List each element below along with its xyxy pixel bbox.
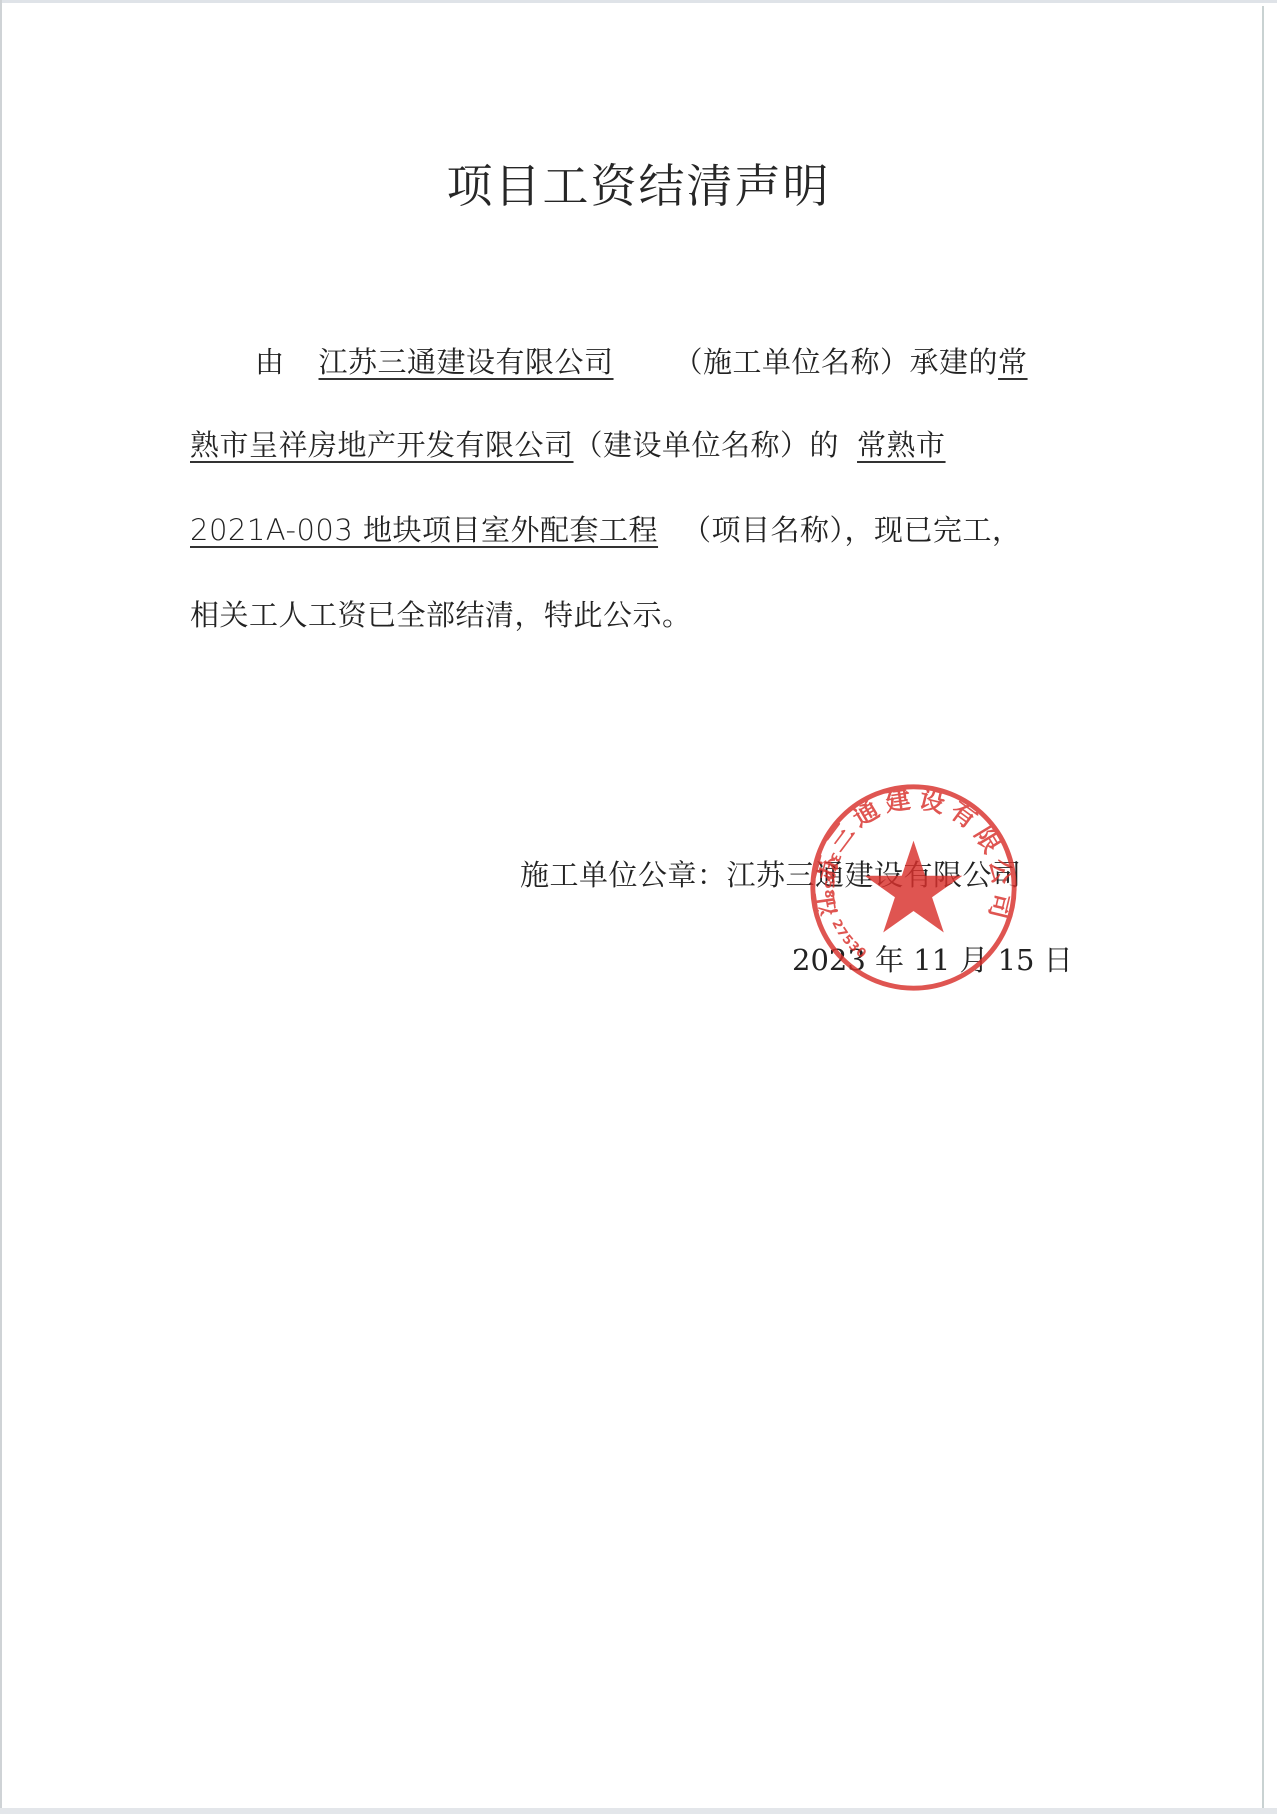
contractor-name-field: 江苏三通建设有限公司: [285, 345, 660, 379]
project-name-start: 常熟市: [857, 428, 946, 462]
signature-line: 施工单位公章：江苏三通建设有限公司: [520, 853, 1022, 894]
signature-company: 江苏三通建设有限公司: [727, 858, 1022, 892]
page-bottom-border: [0, 1808, 1277, 1814]
project-name-field: 2021A-003 地块项目室外配套工程: [190, 513, 672, 547]
body-line-4: 相关工人工资已全部结清，特此公示。: [190, 593, 1075, 634]
owner-name-start: 常: [998, 345, 1028, 379]
body-line-2: 熟市呈祥房地产开发有限公司（建设单位名称）的常熟市: [190, 423, 1075, 464]
contractor-label: （施工单位名称）承建的: [674, 345, 999, 379]
owner-label: （建设单位名称）的: [574, 428, 840, 462]
contractor-name: 江苏三通建设有限公司: [319, 345, 614, 379]
closing-statement: 相关工人工资已全部结清，特此公示。: [190, 598, 692, 632]
project-name-rest: 2021A-003 地块项目室外配套工程: [190, 513, 658, 547]
document-page: [2, 3, 1262, 1808]
body-line-1: 由江苏三通建设有限公司（施工单位名称）承建的常: [255, 340, 1075, 381]
body-line-3: 2021A-003 地块项目室外配套工程（项目名称），现已完工，: [190, 508, 1075, 549]
prefix-text: 由: [255, 345, 285, 379]
document-title: 项目工资结清声明: [0, 150, 1277, 216]
project-label: （项目名称），现已完工，: [682, 513, 1022, 547]
signature-label: 施工单位公章：: [520, 858, 727, 892]
page-right-border: [1262, 6, 1264, 1808]
owner-name-rest: 熟市呈祥房地产开发有限公司: [190, 428, 574, 462]
declaration-date: 2023 年 11 月 15 日: [792, 938, 1073, 979]
